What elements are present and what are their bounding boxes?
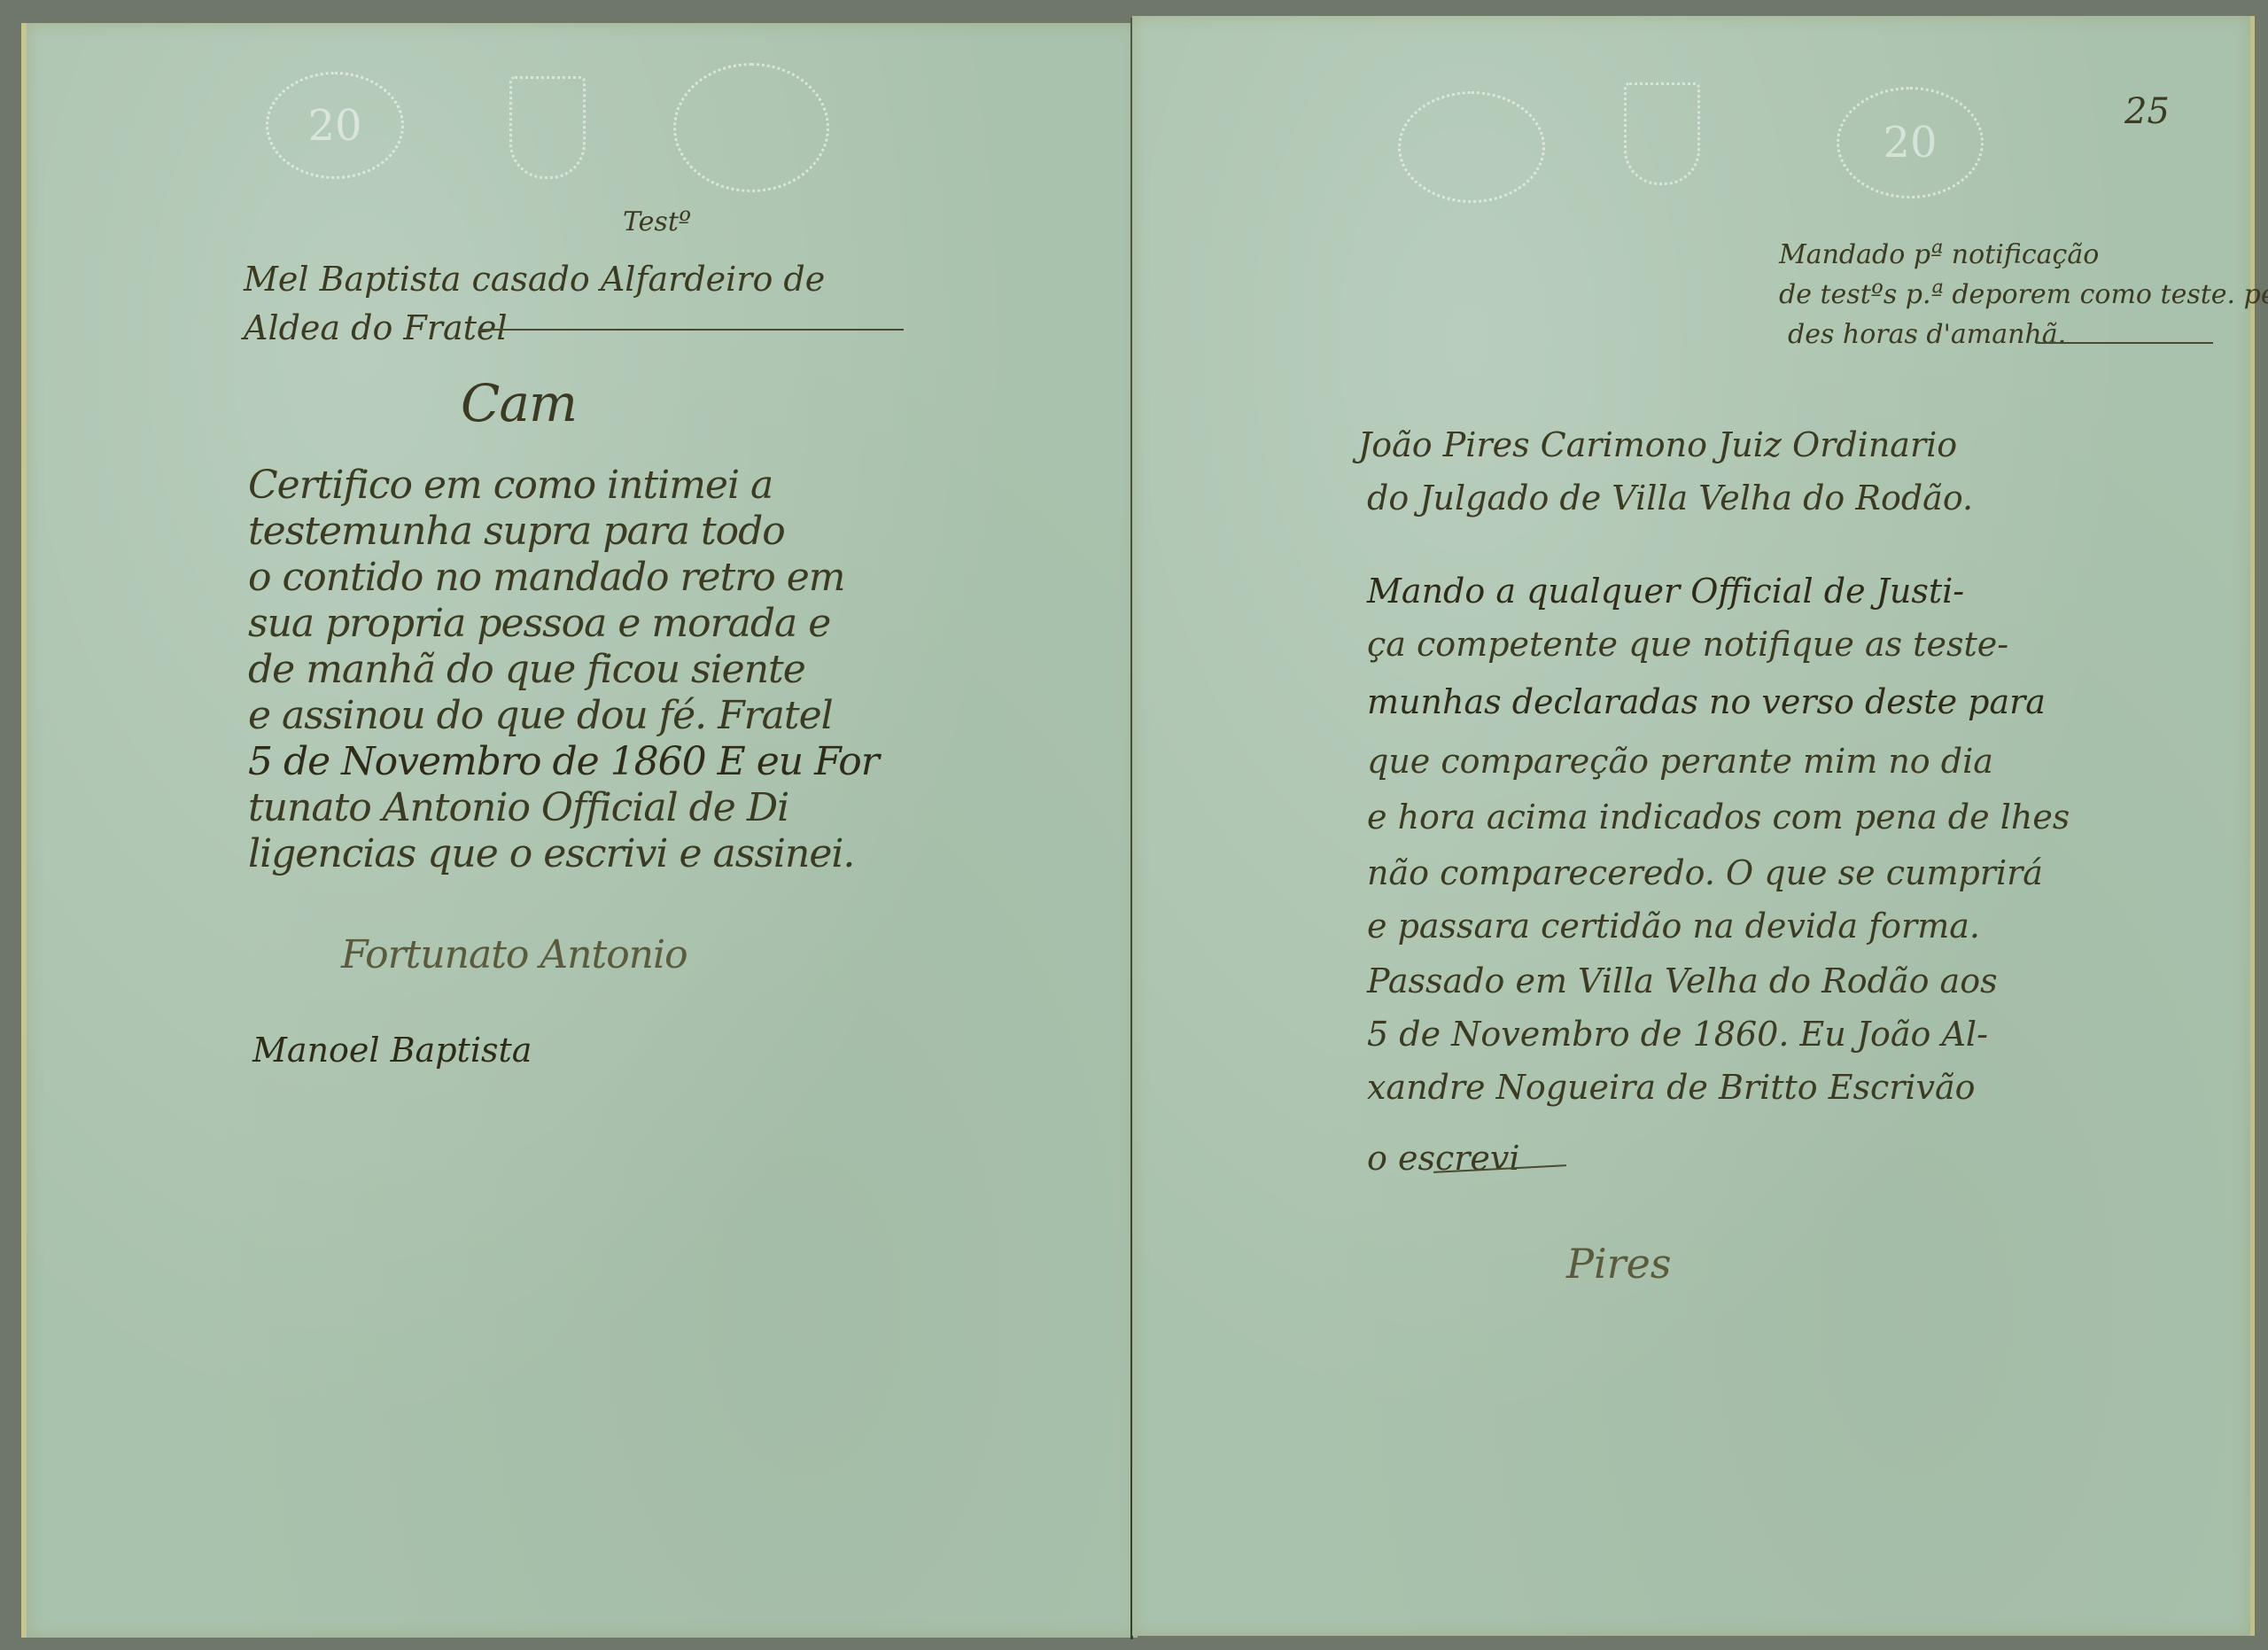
- body-line: ligencias que o escrivi e assinei.: [248, 835, 854, 874]
- heading: Cam: [461, 377, 577, 429]
- header-line-2: do Julgado de Villa Velha do Rodão.: [1367, 481, 1973, 515]
- body-line: e assinou do que dou fé. Fratel: [248, 697, 833, 735]
- header-superscript: Testº: [623, 209, 691, 236]
- body-line: Certifico em como intimei a: [248, 466, 773, 505]
- folio-number: 25: [2124, 91, 2170, 132]
- signature-pires: Pires: [1566, 1243, 1671, 1284]
- embossed-stamp-20: 20: [266, 72, 404, 179]
- header-rule: [478, 329, 904, 331]
- signature-manoel-baptista: Manoel Baptista: [252, 1033, 532, 1067]
- body-line: e passara certidão na devida forma.: [1367, 909, 1980, 943]
- left-page: 20 Testº Mel Baptista casado Alfardeiro …: [21, 23, 1138, 1638]
- header-line-2: Aldea do Fratel: [244, 311, 508, 345]
- embossed-coat-of-arms-icon: [1624, 82, 1700, 185]
- embossed-stamp: [673, 63, 829, 192]
- marginal-note-line-2: de testºs p.ª deporem como teste. pelos: [1779, 282, 2268, 308]
- right-page: 20 25 Mandado pª notificação de testºs p…: [1132, 16, 2255, 1636]
- signature-fortunato-antonio: Fortunato Antonio: [341, 936, 687, 975]
- marginal-note-line-3: des horas d'amanhã.: [1788, 322, 2066, 348]
- embossed-stamp-20: 20: [1837, 87, 1984, 198]
- stamp-value: 20: [1883, 118, 1937, 167]
- body-line: munhas declaradas no verso deste para: [1367, 685, 2046, 719]
- header-line-1: João Pires Carimono Juiz Ordinario: [1358, 428, 1957, 462]
- body-line: 5 de Novembro de 1860 E eu For: [248, 743, 879, 782]
- body-line: o contido no mandado retro em: [248, 558, 845, 597]
- body-line: que compareção perante mim no dia: [1367, 744, 1993, 778]
- body-line: xandre Nogueira de Britto Escrivão: [1367, 1070, 1976, 1104]
- body-line: Mando a qualquer Official de Justi-: [1367, 574, 1964, 608]
- stamp-value: 20: [307, 101, 361, 151]
- marginal-note-rule: [2036, 342, 2213, 344]
- body-line: sua propria pessoa e morada e: [248, 604, 830, 643]
- header-line-1: Mel Baptista casado Alfardeiro de: [244, 262, 825, 296]
- body-line: tunato Antonio Official de Di: [248, 789, 788, 828]
- body-line: e hora acima indicados com pena de lhes: [1367, 800, 2070, 834]
- embossed-stamp: [1398, 91, 1545, 203]
- body-line: Passado em Villa Velha do Rodão aos: [1367, 964, 1998, 998]
- body-line: testemunha supra para todo: [248, 512, 785, 551]
- body-line: não compareceredo. O que se cumprirá: [1367, 856, 2043, 890]
- body-line: de manhã do que ficou siente: [248, 650, 805, 689]
- body-line: 5 de Novembro de 1860. Eu João Al-: [1367, 1017, 1988, 1051]
- embossed-coat-of-arms-icon: [509, 76, 586, 179]
- marginal-note-line-1: Mandado pª notificação: [1779, 242, 2099, 269]
- body-line: ça competente que notifique as teste-: [1367, 627, 2008, 661]
